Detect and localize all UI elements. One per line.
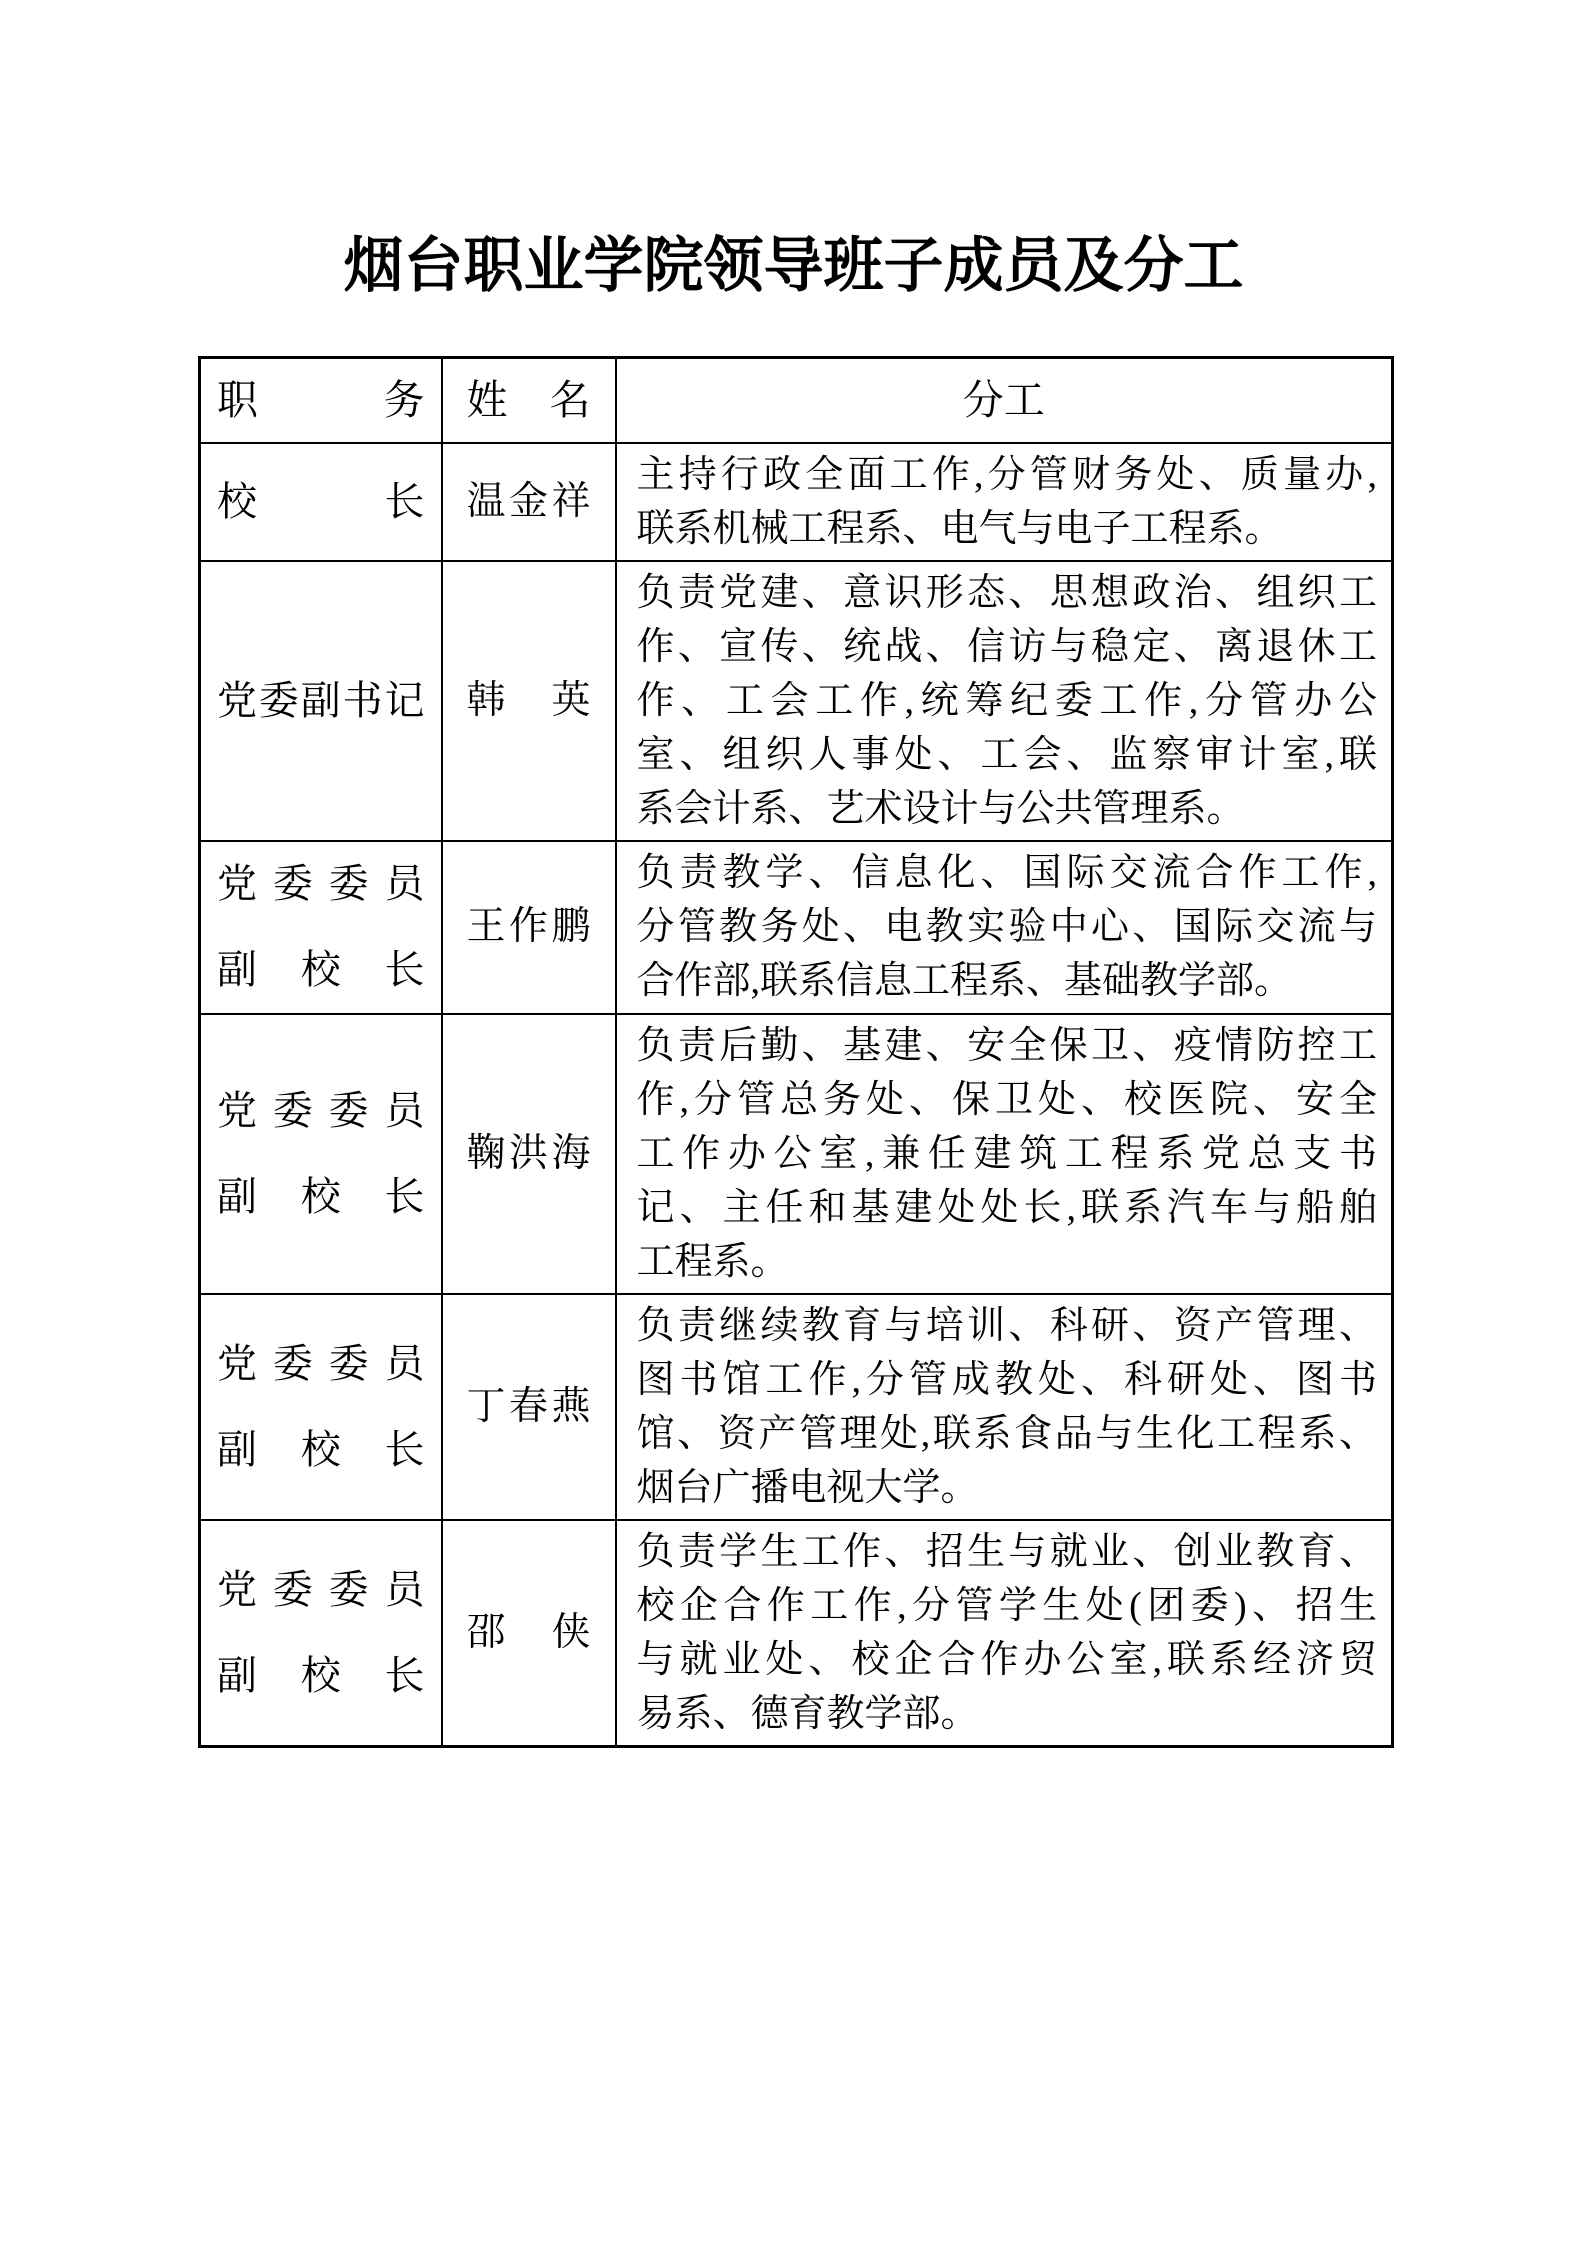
duty-text-line: 工程系。 xyxy=(637,1235,1378,1289)
duty-text-line: 负责后勤、基建、安全保卫、疫情防控工 xyxy=(637,1019,1378,1073)
duty-text-line: 与就业处、校企合作办公室,联系经济贸 xyxy=(637,1633,1378,1687)
duty-text-line: 校企合作工作,分管学生处(团委)、招生 xyxy=(637,1579,1378,1633)
name-cell: 鞠洪海 xyxy=(442,1014,616,1294)
duty-text-line: 负责学生工作、招生与就业、创业教育、 xyxy=(637,1525,1378,1579)
column-header-position: 职务 xyxy=(200,358,442,443)
duty-text-line: 合作部,联系信息工程系、基础教学部。 xyxy=(637,954,1378,1008)
table-header-row: 职务 姓名 分工 xyxy=(200,358,1393,443)
column-header-name: 姓名 xyxy=(442,358,616,443)
position-cell: 校长 xyxy=(200,443,442,561)
duty-cell: 负责党建、意识形态、思想政治、组织工作、宣传、统战、信访与稳定、离退休工作、工会… xyxy=(616,561,1393,841)
name-text: 丁春燕 xyxy=(467,1386,591,1428)
duty-text-line: 工作办公室,兼任建筑工程系党总支书 xyxy=(637,1127,1378,1181)
table-body: 校长温金祥主持行政全面工作,分管财务处、质量办,联系机械工程系、电气与电子工程系… xyxy=(200,443,1393,1747)
position-text: 校长 xyxy=(217,481,425,523)
position-text: 副校长 xyxy=(217,1655,425,1697)
duty-text-line: 联系机械工程系、电气与电子工程系。 xyxy=(637,502,1378,556)
duty-text-line: 负责党建、意识形态、思想政治、组织工 xyxy=(637,566,1378,620)
position-text: 党委委员 xyxy=(217,1569,425,1611)
name-cell: 邵侠 xyxy=(442,1520,616,1747)
name-text: 邵侠 xyxy=(467,1612,591,1654)
duty-text-line: 负责继续教育与培训、科研、资产管理、 xyxy=(637,1299,1378,1353)
name-text: 韩英 xyxy=(467,680,591,722)
duty-cell: 负责继续教育与培训、科研、资产管理、图书馆工作,分管成教处、科研处、图书馆、资产… xyxy=(616,1294,1393,1520)
name-cell: 丁春燕 xyxy=(442,1294,616,1520)
duty-cell: 负责后勤、基建、安全保卫、疫情防控工作,分管总务处、保卫处、校医院、安全工作办公… xyxy=(616,1014,1393,1294)
position-cell: 党委委员副校长 xyxy=(200,1014,442,1294)
duty-text-line: 烟台广播电视大学。 xyxy=(637,1461,1378,1515)
column-header-duty: 分工 xyxy=(616,358,1393,443)
duty-text-line: 负责教学、信息化、国际交流合作工作, xyxy=(637,846,1378,900)
position-text: 副校长 xyxy=(217,1176,425,1218)
duty-text-line: 作,分管总务处、保卫处、校医院、安全 xyxy=(637,1073,1378,1127)
table-row: 党委副书记韩英负责党建、意识形态、思想政治、组织工作、宣传、统战、信访与稳定、离… xyxy=(200,561,1393,841)
name-text: 王作鹏 xyxy=(467,906,591,948)
duty-text-line: 易系、德育教学部。 xyxy=(637,1687,1378,1741)
position-text: 党委副书记 xyxy=(217,680,425,722)
position-cell: 党委委员副校长 xyxy=(200,1520,442,1747)
duty-text-line: 主持行政全面工作,分管财务处、质量办, xyxy=(637,448,1378,502)
table-row: 党委委员副校长丁春燕负责继续教育与培训、科研、资产管理、图书馆工作,分管成教处、… xyxy=(200,1294,1393,1520)
position-text: 党委委员 xyxy=(217,863,425,905)
duty-cell: 主持行政全面工作,分管财务处、质量办,联系机械工程系、电气与电子工程系。 xyxy=(616,443,1393,561)
name-text: 温金祥 xyxy=(467,481,591,523)
duty-text-line: 作、工会工作,统筹纪委工作,分管办公 xyxy=(637,674,1378,728)
table-row: 校长温金祥主持行政全面工作,分管财务处、质量办,联系机械工程系、电气与电子工程系… xyxy=(200,443,1393,561)
page-title: 烟台职业学院领导班子成员及分工 xyxy=(0,230,1587,302)
leadership-table: 职务 姓名 分工 校长温金祥主持行政全面工作,分管财务处、质量办,联系机械工程系… xyxy=(198,356,1394,1748)
position-cell: 党委委员副校长 xyxy=(200,1294,442,1520)
duty-text-line: 分管教务处、电教实验中心、国际交流与 xyxy=(637,900,1378,954)
duty-text-line: 馆、资产管理处,联系食品与生化工程系、 xyxy=(637,1407,1378,1461)
duty-cell: 负责教学、信息化、国际交流合作工作,分管教务处、电教实验中心、国际交流与合作部,… xyxy=(616,841,1393,1014)
duty-text-line: 作、宣传、统战、信访与稳定、离退休工 xyxy=(637,620,1378,674)
duty-text-line: 记、主任和基建处处长,联系汽车与船舶 xyxy=(637,1181,1378,1235)
position-text: 副校长 xyxy=(217,949,425,991)
position-text: 党委委员 xyxy=(217,1090,425,1132)
duty-text-line: 系会计系、艺术设计与公共管理系。 xyxy=(637,782,1378,836)
position-text: 副校长 xyxy=(217,1429,425,1471)
duty-cell: 负责学生工作、招生与就业、创业教育、校企合作工作,分管学生处(团委)、招生与就业… xyxy=(616,1520,1393,1747)
table-row: 党委委员副校长邵侠负责学生工作、招生与就业、创业教育、校企合作工作,分管学生处(… xyxy=(200,1520,1393,1747)
table-row: 党委委员副校长鞠洪海负责后勤、基建、安全保卫、疫情防控工作,分管总务处、保卫处、… xyxy=(200,1014,1393,1294)
table-row: 党委委员副校长王作鹏负责教学、信息化、国际交流合作工作,分管教务处、电教实验中心… xyxy=(200,841,1393,1014)
duty-text-line: 图书馆工作,分管成教处、科研处、图书 xyxy=(637,1353,1378,1407)
name-cell: 王作鹏 xyxy=(442,841,616,1014)
name-cell: 温金祥 xyxy=(442,443,616,561)
name-cell: 韩英 xyxy=(442,561,616,841)
position-cell: 党委委员副校长 xyxy=(200,841,442,1014)
position-cell: 党委副书记 xyxy=(200,561,442,841)
name-text: 鞠洪海 xyxy=(467,1133,591,1175)
duty-text-line: 室、组织人事处、工会、监察审计室,联 xyxy=(637,728,1378,782)
position-text: 党委委员 xyxy=(217,1343,425,1385)
